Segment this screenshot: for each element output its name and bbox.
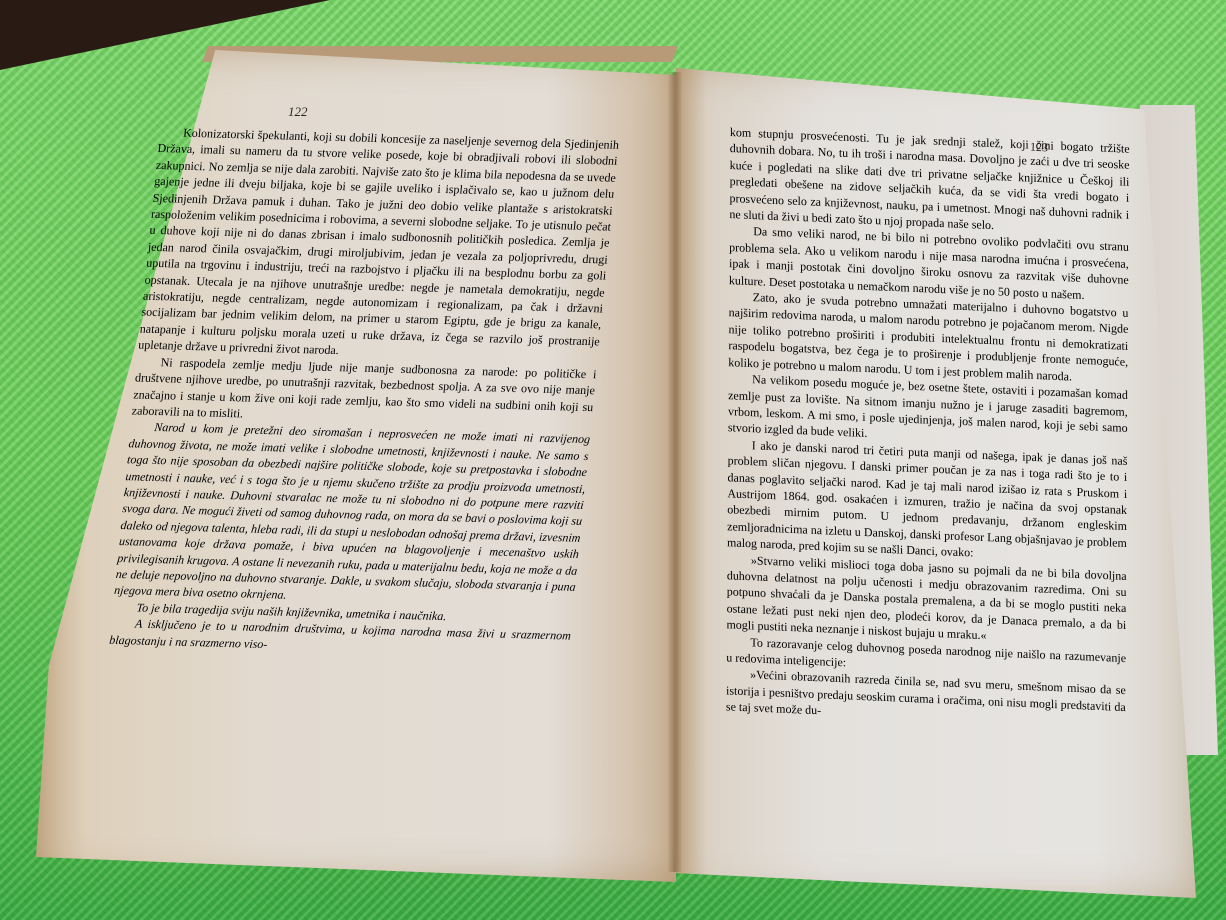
paragraph: Narod u kom je pretežni deo siromašan i …	[113, 419, 590, 612]
right-page-text: kom stupnju prosvećenosti. Tu je jak sre…	[726, 124, 1130, 732]
left-page-text: Kolonizatorski špekulanti, koji su dobil…	[109, 124, 620, 661]
paragraph: I ako je danski narod tri četiri puta ma…	[727, 436, 1127, 568]
paragraph: Kolonizatorski špekulanti, koji su dobil…	[138, 124, 620, 366]
left-page-number: 122	[288, 104, 308, 120]
book-gutter	[668, 72, 682, 872]
paragraph: kom stupnju prosvećenosti. Tu je jak sre…	[729, 124, 1129, 239]
open-book: 122 123 Kolonizatorski špekulanti, koji …	[0, 0, 1226, 920]
